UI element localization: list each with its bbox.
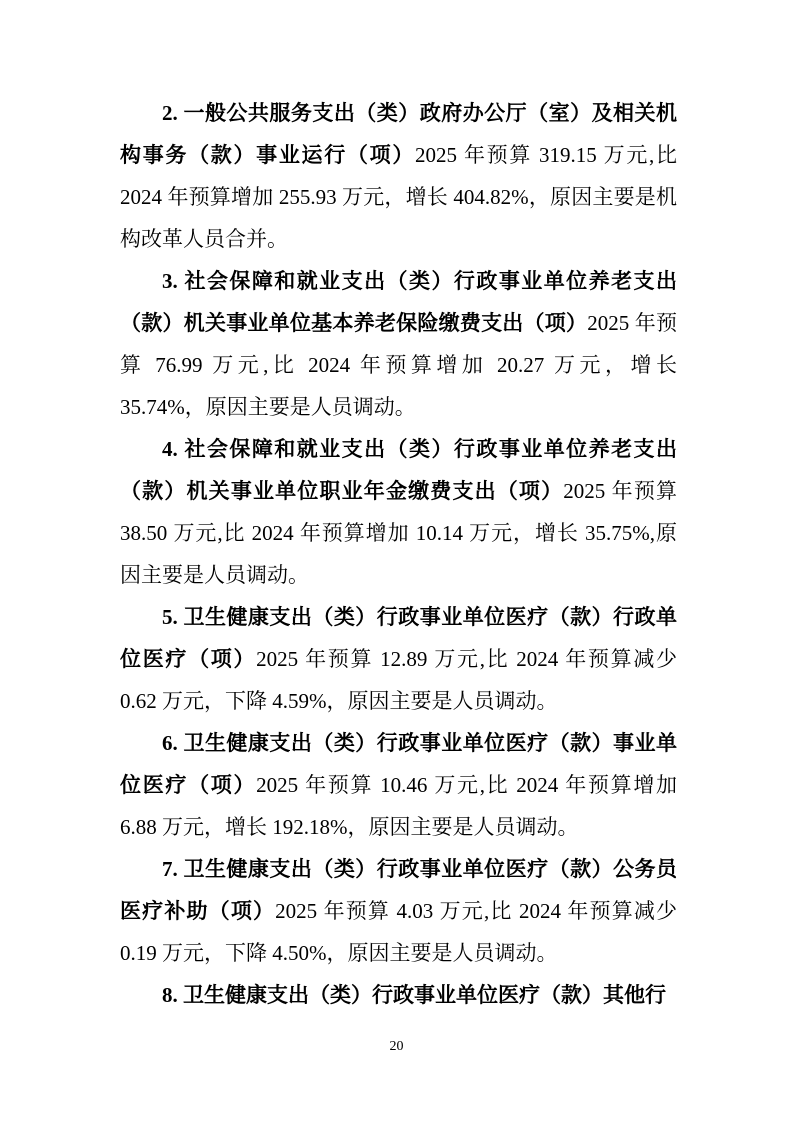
budget-item-3: 3. 社会保障和就业支出（类）行政事业单位养老支出（款）机关事业单位基本养老保险…	[120, 260, 677, 428]
budget-item-7: 7. 卫生健康支出（类）行政事业单位医疗（款）公务员医疗补助（项）2025 年预…	[120, 848, 677, 974]
budget-item-8: 8. 卫生健康支出（类）行政事业单位医疗（款）其他行	[120, 974, 677, 1016]
budget-item-2: 2. 一般公共服务支出（类）政府办公厅（室）及相关机构事务（款）事业运行（项）2…	[120, 92, 677, 260]
document-body: 2. 一般公共服务支出（类）政府办公厅（室）及相关机构事务（款）事业运行（项）2…	[120, 92, 677, 1016]
budget-item-6: 6. 卫生健康支出（类）行政事业单位医疗（款）事业单位医疗（项）2025 年预算…	[120, 722, 677, 848]
document-page: 2. 一般公共服务支出（类）政府办公厅（室）及相关机构事务（款）事业运行（项）2…	[0, 0, 793, 1122]
budget-item-4: 4. 社会保障和就业支出（类）行政事业单位养老支出（款）机关事业单位职业年金缴费…	[120, 428, 677, 596]
budget-item-5: 5. 卫生健康支出（类）行政事业单位医疗（款）行政单位医疗（项）2025 年预算…	[120, 596, 677, 722]
budget-item-8-heading: 8. 卫生健康支出（类）行政事业单位医疗（款）其他行	[162, 983, 666, 1007]
page-number: 20	[0, 1038, 793, 1056]
